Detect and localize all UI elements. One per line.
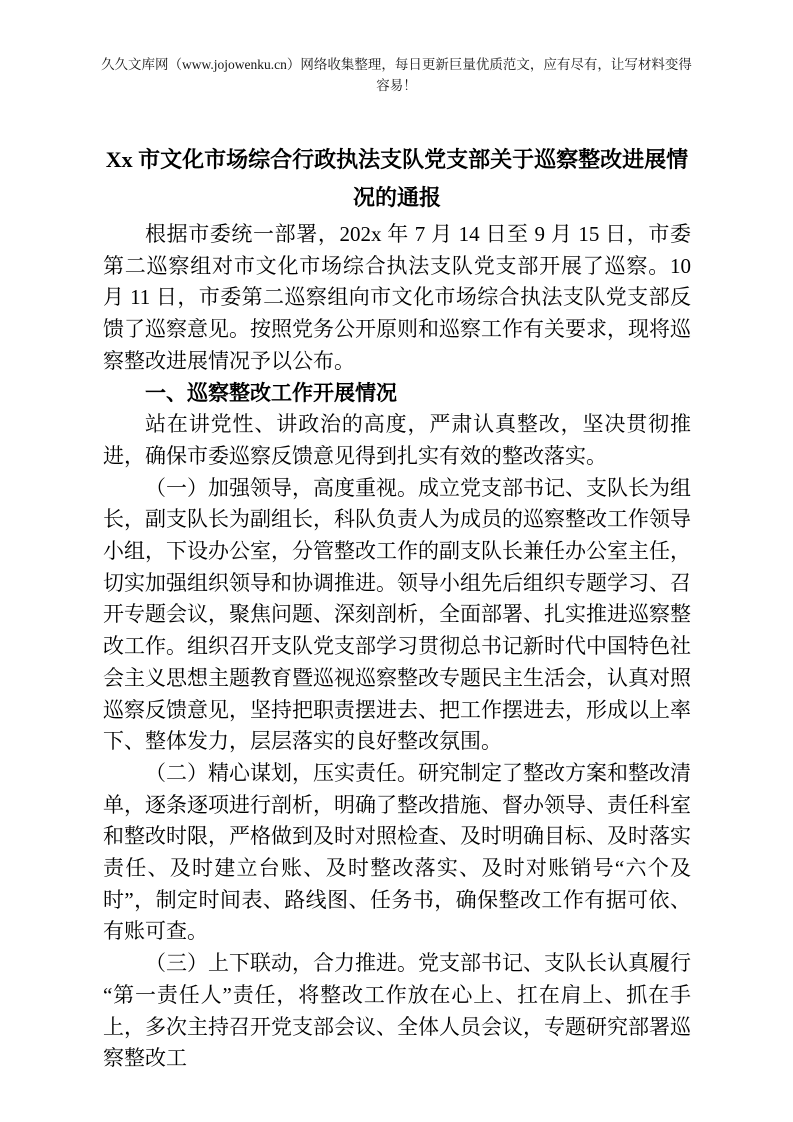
body-paragraph: 根据市委统一部署，202x 年 7 月 14 日至 9 月 15 日，市委第二巡…: [103, 219, 691, 378]
document-content: Xx 市文化市场综合行政执法支队党支部关于巡察整改进展情况的通报 根据市委统一部…: [103, 141, 691, 1075]
document-title: Xx 市文化市场综合行政执法支队党支部关于巡察整改进展情况的通报: [103, 141, 691, 217]
site-watermark-header: 久久文库网（www.jojowenku.cn）网络收集整理，每日更新巨量优质范文…: [96, 54, 697, 96]
body-paragraph: （二）精心谋划，压实责任。研究制定了整改方案和整改清单，逐条逐项进行剖析，明确了…: [103, 758, 691, 948]
body-paragraph: 站在讲党性、讲政治的高度，严肃认真整改，坚决贯彻推进，确保市委巡察反馈意见得到扎…: [103, 409, 691, 472]
body-paragraph: （三）上下联动，合力推进。党支部书记、支队长认真履行“第一责任人”责任，将整改工…: [103, 948, 691, 1075]
body-paragraph: （一）加强领导，高度重视。成立党支部书记、支队长为组长，副支队长为副组长，科队负…: [103, 473, 691, 758]
document-body: 根据市委统一部署，202x 年 7 月 14 日至 9 月 15 日，市委第二巡…: [103, 219, 691, 1075]
section-heading: 一、巡察整改工作开展情况: [103, 378, 691, 410]
document-page: 久久文库网（www.jojowenku.cn）网络收集整理，每日更新巨量优质范文…: [0, 0, 793, 1122]
